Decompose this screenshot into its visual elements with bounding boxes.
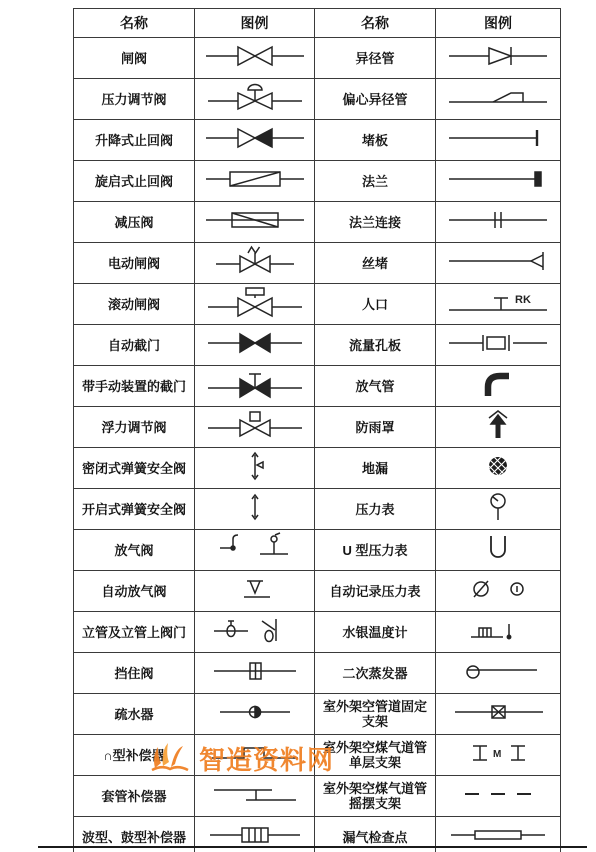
mercury-thermometer-icon	[442, 613, 554, 647]
item-name: 旋启式止回阀	[74, 161, 195, 202]
item-symbol-cell	[195, 38, 315, 79]
item-name: 放气管	[315, 366, 436, 407]
table-row: 闸阀 异径管	[74, 38, 561, 79]
item-name: 防雨罩	[315, 407, 436, 448]
item-name: 人口	[315, 284, 436, 325]
item-name: 法兰连接	[315, 202, 436, 243]
item-name: 水银温度计	[315, 612, 436, 653]
stop-valve-icon	[199, 654, 311, 688]
item-name: 堵板	[315, 120, 436, 161]
header-row: 名称 图例 名称 图例	[74, 9, 561, 38]
item-symbol-cell	[436, 120, 561, 161]
table-row: 浮力调节阀 防雨罩	[74, 407, 561, 448]
thread-plug-icon	[442, 244, 554, 278]
item-name: 压力调节阀	[74, 79, 195, 120]
item-symbol-cell	[195, 79, 315, 120]
col-header-legend-1: 图例	[195, 9, 315, 38]
electric-gate-valve-icon	[199, 244, 311, 278]
col-header-name-1: 名称	[74, 9, 195, 38]
reducer-icon	[442, 39, 554, 73]
svg-text:M: M	[493, 749, 501, 760]
recording-gauge-icon	[442, 572, 554, 606]
item-name: 密闭式弹簧安全阀	[74, 448, 195, 489]
item-symbol-cell	[436, 776, 561, 817]
pressure-gauge-icon	[442, 490, 554, 524]
item-name: 自动截门	[74, 325, 195, 366]
auto-shutoff-valve-icon	[199, 326, 311, 360]
floor-drain-icon	[442, 449, 554, 483]
pressure-reducing-valve-icon	[199, 203, 311, 237]
item-symbol-cell	[436, 407, 561, 448]
table-row: 放气阀 U 型压力表	[74, 530, 561, 571]
float-regulating-valve-icon	[199, 408, 311, 442]
open-spring-safety-valve-icon	[199, 490, 311, 524]
item-name: 丝堵	[315, 243, 436, 284]
u-type-gauge-icon	[442, 531, 554, 565]
item-name: ∩型补偿器	[74, 735, 195, 776]
item-name: 滚动闸阀	[74, 284, 195, 325]
item-symbol-cell	[195, 735, 315, 776]
secondary-evaporator-icon	[442, 654, 554, 688]
table-row: 挡住阀 二次蒸发器	[74, 653, 561, 694]
single-layer-support-icon: M	[442, 736, 554, 770]
col-header-legend-2: 图例	[436, 9, 561, 38]
table-row: 升降式止回阀 堵板	[74, 120, 561, 161]
item-symbol-cell	[195, 653, 315, 694]
svg-text:RK: RK	[515, 294, 531, 306]
item-symbol-cell	[195, 571, 315, 612]
item-symbol-cell	[436, 448, 561, 489]
auto-air-release-valve-icon	[199, 572, 311, 606]
table-row: 减压阀 法兰连接	[74, 202, 561, 243]
item-symbol-cell	[195, 120, 315, 161]
item-name: 立管及立管上阀门	[74, 612, 195, 653]
item-symbol-cell	[195, 325, 315, 366]
orifice-plate-icon	[442, 326, 554, 360]
item-name: 电动闸阀	[74, 243, 195, 284]
item-name: 室外架空煤气道管单层支架	[315, 735, 436, 776]
item-name: 挡住阀	[74, 653, 195, 694]
table-row: 电动闸阀 丝堵	[74, 243, 561, 284]
blind-plate-icon	[442, 121, 554, 155]
table-row: 自动截门 流量孔板	[74, 325, 561, 366]
eccentric-reducer-icon	[442, 80, 554, 114]
item-symbol-cell: RK	[436, 284, 561, 325]
item-name: 偏心异径管	[315, 79, 436, 120]
item-name: 带手动装置的截门	[74, 366, 195, 407]
vent-pipe-icon	[442, 367, 554, 401]
sleeve-compensator-icon	[199, 777, 311, 811]
table-row: ∩型补偿器 室外架空煤气道管单层支架 M	[74, 735, 561, 776]
item-name: 流量孔板	[315, 325, 436, 366]
item-name: 二次蒸发器	[315, 653, 436, 694]
col-header-name-2: 名称	[315, 9, 436, 38]
item-symbol-cell	[436, 653, 561, 694]
n-type-compensator-icon	[199, 736, 311, 770]
riser-and-valve-icon	[199, 613, 311, 647]
inlet-icon: RK	[442, 285, 554, 319]
table-row: 压力调节阀 偏心异径管	[74, 79, 561, 120]
item-name: 放气阀	[74, 530, 195, 571]
item-symbol-cell	[195, 366, 315, 407]
pressure-regulating-valve-icon	[199, 80, 311, 114]
item-name: 浮力调节阀	[74, 407, 195, 448]
item-symbol-cell	[436, 161, 561, 202]
item-symbol-cell	[436, 79, 561, 120]
item-symbol-cell	[195, 530, 315, 571]
item-symbol-cell	[195, 776, 315, 817]
item-symbol-cell	[436, 694, 561, 735]
steam-trap-icon	[199, 695, 311, 729]
table-row: 旋启式止回阀 法兰	[74, 161, 561, 202]
table-row: 套管补偿器 室外架空煤气道管摇摆支架	[74, 776, 561, 817]
item-symbol-cell	[436, 489, 561, 530]
table-row: 立管及立管上阀门 水银温度计	[74, 612, 561, 653]
item-name: 地漏	[315, 448, 436, 489]
item-name: 异径管	[315, 38, 436, 79]
item-symbol-cell	[436, 202, 561, 243]
table-row: 开启式弹簧安全阀 压力表	[74, 489, 561, 530]
item-symbol-cell	[436, 38, 561, 79]
item-symbol-cell	[195, 407, 315, 448]
table-row: 带手动装置的截门 放气管	[74, 366, 561, 407]
symbol-legend-table: 名称 图例 名称 图例 闸阀 异径管 压力调节阀 偏心异径管 升降式止回阀 堵板…	[73, 8, 561, 852]
item-symbol-cell	[195, 612, 315, 653]
item-name: 自动放气阀	[74, 571, 195, 612]
table-row: 自动放气阀 自动记录压力表	[74, 571, 561, 612]
item-symbol-cell	[436, 571, 561, 612]
item-name: 套管补偿器	[74, 776, 195, 817]
manual-shutoff-valve-icon	[199, 367, 311, 401]
item-symbol-cell	[195, 243, 315, 284]
rolling-gate-valve-icon	[199, 285, 311, 319]
item-symbol-cell	[436, 325, 561, 366]
item-name: 压力表	[315, 489, 436, 530]
swing-check-valve-icon	[199, 162, 311, 196]
item-name: U 型压力表	[315, 530, 436, 571]
item-symbol-cell	[436, 530, 561, 571]
item-symbol-cell	[195, 448, 315, 489]
item-name: 室外架空管道固定支架	[315, 694, 436, 735]
closed-spring-safety-valve-icon	[199, 449, 311, 483]
item-name: 升降式止回阀	[74, 120, 195, 161]
table-row: 疏水器 室外架空管道固定支架	[74, 694, 561, 735]
item-name: 室外架空煤气道管摇摆支架	[315, 776, 436, 817]
item-symbol-cell	[436, 243, 561, 284]
footer-rule	[38, 846, 587, 848]
rain-cover-icon	[442, 408, 554, 442]
item-symbol-cell	[195, 694, 315, 735]
item-symbol-cell	[195, 284, 315, 325]
table-row: 滚动闸阀 人口 RK	[74, 284, 561, 325]
item-symbol-cell	[436, 366, 561, 407]
item-symbol-cell: M	[436, 735, 561, 776]
item-name: 闸阀	[74, 38, 195, 79]
fixed-support-icon	[442, 695, 554, 729]
item-name: 开启式弹簧安全阀	[74, 489, 195, 530]
item-symbol-cell	[195, 202, 315, 243]
table-row: 密闭式弹簧安全阀 地漏	[74, 448, 561, 489]
swing-support-icon	[442, 777, 554, 811]
item-symbol-cell	[436, 612, 561, 653]
flange-connection-icon	[442, 203, 554, 237]
item-name: 减压阀	[74, 202, 195, 243]
item-name: 自动记录压力表	[315, 571, 436, 612]
item-symbol-cell	[195, 161, 315, 202]
lift-check-valve-icon	[199, 121, 311, 155]
item-symbol-cell	[195, 489, 315, 530]
gate-valve-icon	[199, 39, 311, 73]
air-release-valve-icon	[199, 531, 311, 565]
item-name: 疏水器	[74, 694, 195, 735]
flange-icon	[442, 162, 554, 196]
item-name: 法兰	[315, 161, 436, 202]
